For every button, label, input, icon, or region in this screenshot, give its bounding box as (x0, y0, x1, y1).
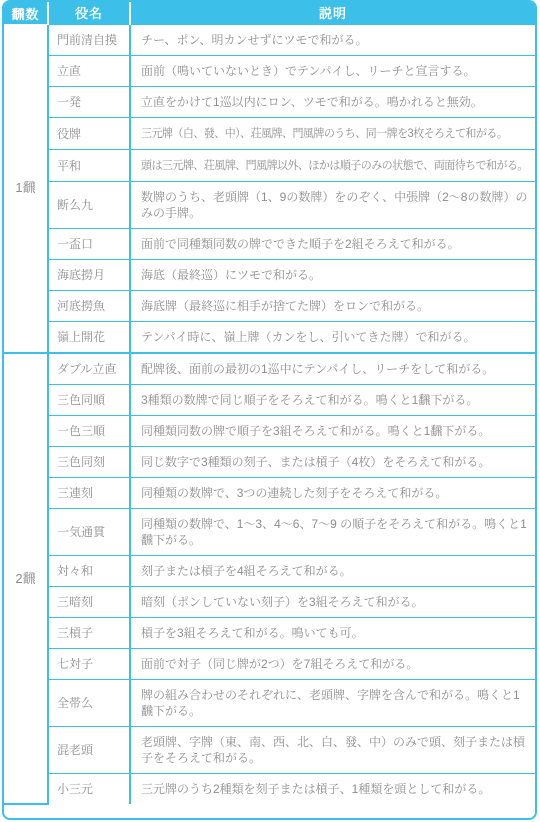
yaku-name-text: 三槓子 (57, 625, 93, 641)
yaku-desc-cell: 暗刻（ポンしていない刻子）を3組そろえて和がる。 (130, 587, 535, 618)
yaku-name-cell: 全帯么 (48, 680, 130, 727)
yaku-desc-cell: 数牌のうち、老頭牌（1、9の数牌）をのぞく、中張牌（2～8の数牌）のみの手牌。 (130, 182, 535, 229)
yaku-row: 混老頭 老頭牌、字牌（東、南、西、北、白、發、中）のみで頭、刻子または槓子をそろ… (4, 727, 535, 774)
yaku-desc-cell: 同種類同数の牌で順子を3組そろえて和がる。鳴くと1飜下がる。 (130, 416, 535, 447)
yaku-name-cell: 役牌 (48, 118, 130, 150)
yaku-name-cell: 混老頭 (48, 727, 130, 774)
yaku-row: 平和 頭は三元牌、荘風牌、門風牌以外、ほかは順子のみの状態で、両面待ちで和がる。 (4, 150, 535, 182)
yaku-name-text: 混老頭 (57, 742, 93, 758)
yaku-name-text: 立直 (57, 63, 81, 79)
yaku-name-text: 小三元 (57, 781, 93, 797)
yaku-row: 一発 立直をかけて1巡以内にロン、ツモで和がる。鳴かれると無効。 (4, 87, 535, 118)
yaku-row: 三暗刻 暗刻（ポンしていない刻子）を3組そろえて和がる。 (4, 587, 535, 618)
yaku-desc-text: 同種類同数の牌で順子を3組そろえて和がる。鳴くと1飜下がる。 (141, 423, 490, 439)
yaku-row: 三槓子 槓子を3組そろえて和がる。鳴いても可。 (4, 618, 535, 649)
han-group-cell: 2飜 (4, 353, 48, 804)
yaku-name-cell: 三色同刻 (48, 447, 130, 478)
yaku-row: 七対子 面前で対子（同じ牌が2つ）を7組そろえて和がる。 (4, 649, 535, 680)
header-han-count: 飜数 (4, 2, 48, 24)
yaku-name-cell: 七対子 (48, 649, 130, 680)
yaku-name-cell: 海底撈月 (48, 260, 130, 291)
yaku-desc-cell: 三元牌のうち2種類を刻子または槓子、1種類を頭として和がる。 (130, 774, 535, 805)
yaku-desc-cell: 配牌後、面前の最初の1巡中にテンパイし、リーチをして和がる。 (130, 353, 535, 385)
yaku-desc-text: 暗刻（ポンしていない刻子）を3組そろえて和がる。 (141, 594, 424, 610)
yaku-desc-text: 三元牌（白、發、中）、荘風牌、門風牌のうち、同一牌を3枚そろえて和がる。 (141, 126, 507, 142)
yaku-name-text: 一気通貫 (57, 524, 105, 540)
yaku-row: 全帯么 牌の組み合わせのそれぞれに、老頭牌、字牌を含んで和がる。鳴くと1飜下がる… (4, 680, 535, 727)
yaku-desc-text: 面前で対子（同じ牌が2つ）を7組そろえて和がる。 (141, 656, 418, 672)
yaku-desc-cell: チー、ポン、明カンせずにツモで和がる。 (130, 24, 535, 56)
yaku-name-cell: ダブル立直 (48, 353, 130, 385)
yaku-desc-text: 面前（鳴いていないとき）でテンパイし、リーチと宣言する。 (141, 63, 476, 79)
yaku-name-text: 七対子 (57, 656, 93, 672)
yaku-name-text: 三暗刻 (57, 594, 93, 610)
yaku-name-cell: 三色同順 (48, 385, 130, 416)
yaku-desc-text: 頭は三元牌、荘風牌、門風牌以外、ほかは順子のみの状態で、両面待ちで和がる。 (141, 158, 528, 174)
yaku-name-cell: 三連刻 (48, 478, 130, 509)
yaku-desc-cell: 老頭牌、字牌（東、南、西、北、白、發、中）のみで頭、刻子または槓子をそろえて和が… (130, 727, 535, 774)
yaku-row: 一色三順 同種類同数の牌で順子を3組そろえて和がる。鳴くと1飜下がる。 (4, 416, 535, 447)
yaku-desc-text: 数牌のうち、老頭牌（1、9の数牌）をのぞく、中張牌（2～8の数牌）のみの手牌。 (141, 189, 529, 221)
yaku-name-text: 門前清自摸 (57, 32, 117, 48)
yaku-desc-cell: 三元牌（白、發、中）、荘風牌、門風牌のうち、同一牌を3枚そろえて和がる。 (130, 118, 535, 150)
yaku-name-cell: 嶺上開花 (48, 322, 130, 354)
yaku-desc-text: 立直をかけて1巡以内にロン、ツモで和がる。鳴かれると無効。 (141, 94, 483, 110)
yaku-table-grid: 飜数 役名 説明 1飜 門前清自摸 チー、ポン、明カンせずにツモで和がる。 立直… (4, 2, 535, 805)
yaku-name-text: 三色同順 (57, 392, 105, 408)
yaku-name-text: 三連刻 (57, 485, 93, 501)
yaku-name-text: 海底撈月 (57, 267, 105, 283)
yaku-row: 三色同順 3種類の数牌で同じ順子をそろえて和がる。鳴くと1飜下がる。 (4, 385, 535, 416)
yaku-row: 2飜 ダブル立直 配牌後、面前の最初の1巡中にテンパイし、リーチをして和がる。 (4, 353, 535, 385)
han-group-cell: 1飜 (4, 24, 48, 353)
yaku-table: 飜数 役名 説明 1飜 門前清自摸 チー、ポン、明カンせずにツモで和がる。 立直… (2, 0, 537, 820)
yaku-name-text: 河底撈魚 (57, 298, 105, 314)
yaku-desc-cell: 面前（鳴いていないとき）でテンパイし、リーチと宣言する。 (130, 56, 535, 87)
yaku-desc-text: 牌の組み合わせのそれぞれに、老頭牌、字牌を含んで和がる。鳴くと1飜下がる。 (141, 687, 529, 719)
yaku-row: 海底撈月 海底（最終巡）にツモで和がる。 (4, 260, 535, 291)
yaku-row: 1飜 門前清自摸 チー、ポン、明カンせずにツモで和がる。 (4, 24, 535, 56)
yaku-desc-text: 3種類の数牌で同じ順子をそろえて和がる。鳴くと1飜下がる。 (141, 392, 478, 408)
yaku-name-cell: 断么九 (48, 182, 130, 229)
yaku-table-header: 飜数 役名 説明 (4, 2, 535, 24)
yaku-desc-cell: 同種類の数牌で、3つの連続した刻子をそろえて和がる。 (130, 478, 535, 509)
yaku-name-text: 全帯么 (57, 695, 93, 711)
yaku-row: 役牌 三元牌（白、發、中）、荘風牌、門風牌のうち、同一牌を3枚そろえて和がる。 (4, 118, 535, 150)
yaku-desc-cell: 頭は三元牌、荘風牌、門風牌以外、ほかは順子のみの状態で、両面待ちで和がる。 (130, 150, 535, 182)
yaku-desc-cell: 槓子を3組そろえて和がる。鳴いても可。 (130, 618, 535, 649)
yaku-name-text: 役牌 (57, 126, 81, 142)
yaku-row: 嶺上開花 テンパイ時に、嶺上牌（カンをし、引いてきた牌）で和がる。 (4, 322, 535, 354)
yaku-desc-text: 海底（最終巡）にツモで和がる。 (141, 267, 321, 283)
yaku-desc-cell: 面前で同種類同数の牌でできた順子を2組そろえて和がる。 (130, 229, 535, 260)
yaku-row: 三連刻 同種類の数牌で、3つの連続した刻子をそろえて和がる。 (4, 478, 535, 509)
yaku-desc-cell: 面前で対子（同じ牌が2つ）を7組そろえて和がる。 (130, 649, 535, 680)
yaku-row: 一盃口 面前で同種類同数の牌でできた順子を2組そろえて和がる。 (4, 229, 535, 260)
yaku-row: 対々和 刻子または槓子を4組そろえて和がる。 (4, 556, 535, 587)
yaku-desc-text: テンパイ時に、嶺上牌（カンをし、引いてきた牌）で和がる。 (141, 329, 476, 345)
yaku-desc-text: 面前で同種類同数の牌でできた順子を2組そろえて和がる。 (141, 236, 460, 252)
yaku-desc-text: 老頭牌、字牌（東、南、西、北、白、發、中）のみで頭、刻子または槓子をそろえて和が… (141, 734, 529, 766)
yaku-name-text: 三色同刻 (57, 454, 105, 470)
yaku-desc-text: 刻子または槓子を4組そろえて和がる。 (141, 563, 352, 579)
yaku-name-cell: 小三元 (48, 774, 130, 805)
yaku-desc-text: 三元牌のうち2種類を刻子または槓子、1種類を頭として和がる。 (141, 781, 490, 797)
yaku-name-cell: 門前清自摸 (48, 24, 130, 56)
yaku-desc-cell: 同種類の数牌で、1～3、4～6、7～9 の順子をそろえて和がる。鳴くと1飜下がる… (130, 509, 535, 556)
yaku-desc-cell: 3種類の数牌で同じ順子をそろえて和がる。鳴くと1飜下がる。 (130, 385, 535, 416)
yaku-name-text: 一盃口 (57, 236, 93, 252)
yaku-name-text: 平和 (57, 158, 81, 174)
yaku-name-cell: 一発 (48, 87, 130, 118)
header-description: 説明 (130, 2, 535, 24)
yaku-name-text: 一発 (57, 94, 81, 110)
yaku-table-body: 1飜 門前清自摸 チー、ポン、明カンせずにツモで和がる。 立直 面前（鳴いていな… (4, 24, 535, 804)
yaku-desc-text: 槓子を3組そろえて和がる。鳴いても可。 (141, 625, 364, 641)
yaku-desc-cell: 同じ数字で3種類の刻子、または槓子（4枚）をそろえて和がる。 (130, 447, 535, 478)
yaku-name-text: ダブル立直 (57, 361, 117, 377)
yaku-name-cell: 立直 (48, 56, 130, 87)
yaku-name-cell: 対々和 (48, 556, 130, 587)
yaku-desc-cell: 海底（最終巡）にツモで和がる。 (130, 260, 535, 291)
yaku-desc-text: チー、ポン、明カンせずにツモで和がる。 (141, 32, 368, 48)
header-row: 飜数 役名 説明 (4, 2, 535, 24)
yaku-name-text: 対々和 (57, 563, 93, 579)
yaku-name-text: 嶺上開花 (57, 329, 105, 345)
yaku-desc-text: 同じ数字で3種類の刻子、または槓子（4枚）をそろえて和がる。 (141, 454, 490, 470)
yaku-desc-cell: 立直をかけて1巡以内にロン、ツモで和がる。鳴かれると無効。 (130, 87, 535, 118)
yaku-name-cell: 一色三順 (48, 416, 130, 447)
yaku-name-text: 一色三順 (57, 423, 105, 439)
yaku-desc-text: 同種類の数牌で、1～3、4～6、7～9 の順子をそろえて和がる。鳴くと1飜下がる… (141, 516, 529, 548)
yaku-name-cell: 三暗刻 (48, 587, 130, 618)
yaku-desc-cell: 牌の組み合わせのそれぞれに、老頭牌、字牌を含んで和がる。鳴くと1飜下がる。 (130, 680, 535, 727)
yaku-row: 断么九 数牌のうち、老頭牌（1、9の数牌）をのぞく、中張牌（2～8の数牌）のみの… (4, 182, 535, 229)
header-yaku-name: 役名 (48, 2, 130, 24)
yaku-row: 河底撈魚 海底牌（最終巡に相手が捨てた牌）をロンで和がる。 (4, 291, 535, 322)
yaku-name-text: 断么九 (57, 197, 93, 213)
yaku-row: 小三元 三元牌のうち2種類を刻子または槓子、1種類を頭として和がる。 (4, 774, 535, 805)
yaku-name-cell: 平和 (48, 150, 130, 182)
yaku-desc-cell: テンパイ時に、嶺上牌（カンをし、引いてきた牌）で和がる。 (130, 322, 535, 354)
yaku-desc-text: 海底牌（最終巡に相手が捨てた牌）をロンで和がる。 (141, 298, 429, 314)
yaku-row: 三色同刻 同じ数字で3種類の刻子、または槓子（4枚）をそろえて和がる。 (4, 447, 535, 478)
yaku-desc-cell: 刻子または槓子を4組そろえて和がる。 (130, 556, 535, 587)
yaku-name-cell: 三槓子 (48, 618, 130, 649)
yaku-name-cell: 一盃口 (48, 229, 130, 260)
yaku-desc-text: 同種類の数牌で、3つの連続した刻子をそろえて和がる。 (141, 485, 447, 501)
yaku-desc-text: 配牌後、面前の最初の1巡中にテンパイし、リーチをして和がる。 (141, 361, 494, 377)
yaku-row: 立直 面前（鳴いていないとき）でテンパイし、リーチと宣言する。 (4, 56, 535, 87)
yaku-name-cell: 一気通貫 (48, 509, 130, 556)
yaku-row: 一気通貫 同種類の数牌で、1～3、4～6、7～9 の順子をそろえて和がる。鳴くと… (4, 509, 535, 556)
yaku-name-cell: 河底撈魚 (48, 291, 130, 322)
yaku-desc-cell: 海底牌（最終巡に相手が捨てた牌）をロンで和がる。 (130, 291, 535, 322)
